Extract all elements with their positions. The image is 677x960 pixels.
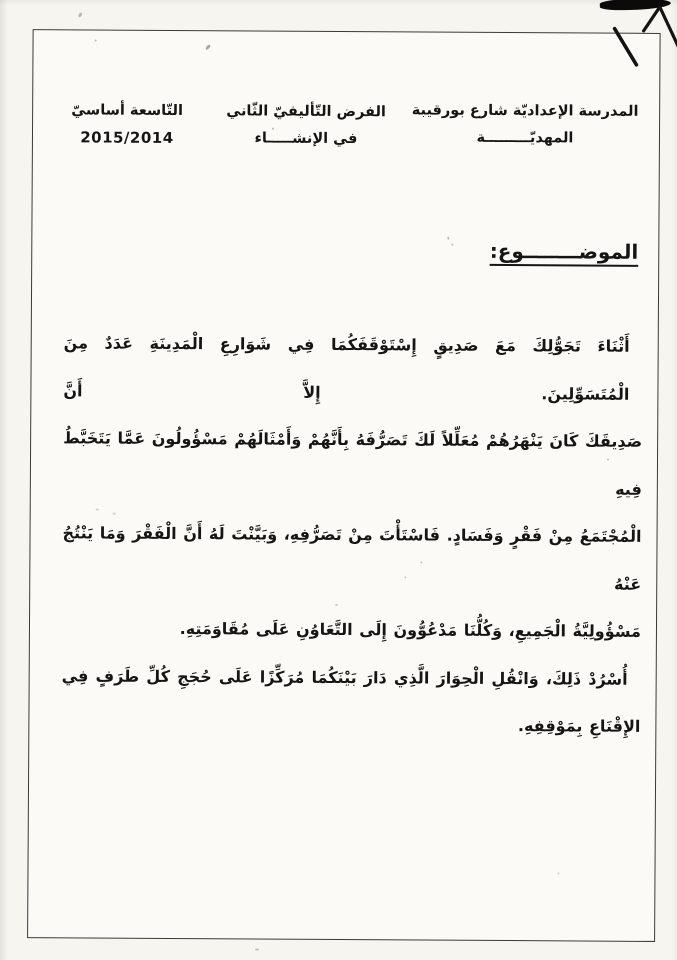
scan-speck xyxy=(272,128,274,130)
subject-heading-label: الموضــــــــوع: xyxy=(490,239,639,264)
scan-speck xyxy=(404,576,406,578)
prompt-paragraph1-line1: أَثْنَاءَ تَجَوُّلِكَ مَعَ صَدِيقٍ إِسْت… xyxy=(63,319,643,418)
exam-title-line2: في الإنشـــــاء xyxy=(222,125,390,153)
instruction-line1: أُسْرُدْ ذَلِكَ، وَانْقُلِ الْحِوَارَ ال… xyxy=(62,652,641,703)
ink-smudge xyxy=(600,0,671,11)
prompt-paragraph1-line2: صَدِيقَكَ كَانَ يَنْهَرُهُمْ مُعَلِّلاً … xyxy=(63,414,643,513)
scanned-page: المدرسة الإعداديّة شارع بورقيبة المهديّـ… xyxy=(0,0,677,960)
scanned-exam-document: { "document": { "header": { "school": { … xyxy=(0,0,677,960)
instruction-line2: الإِقْنَاعِ بِمَوْقِفِهِ. xyxy=(61,699,640,750)
scan-speck xyxy=(447,237,449,240)
exam-title-block: الفرض التّأليفيّ الثّاني في الإنشـــــاء xyxy=(222,98,390,153)
scan-speck xyxy=(96,509,99,511)
subject-heading: الموضــــــــوع: xyxy=(490,239,639,264)
school-city: المهديّـــــــــة xyxy=(396,124,654,153)
scan-speck xyxy=(255,948,259,950)
scan-speck xyxy=(607,459,609,461)
grade-level: التّاسعة أساسيّ xyxy=(64,97,190,125)
school-name-block: المدرسة الإعداديّة شارع بورقيبة المهديّـ… xyxy=(396,97,654,153)
exam-title-line1: الفرض التّأليفيّ الثّاني xyxy=(222,98,390,126)
scan-speck xyxy=(335,604,338,606)
scan-speck xyxy=(557,872,559,874)
prompt-paragraph1-line4: مَسْؤُولِيَّةُ الْجَمِيعِ، وَكُلُّنَا مَ… xyxy=(62,604,641,655)
scan-speck xyxy=(451,244,453,246)
scan-speck xyxy=(95,40,97,42)
school-name-line1: المدرسة الإعداديّة شارع بورقيبة xyxy=(396,97,654,126)
essay-prompt: أَثْنَاءَ تَجَوُّلِكَ مَعَ صَدِيقٍ إِسْت… xyxy=(61,319,643,750)
scan-speck xyxy=(78,12,83,18)
scan-speck xyxy=(113,513,116,515)
school-year: 2015/2014 xyxy=(64,124,190,152)
scan-speck xyxy=(420,562,422,564)
grade-year-block: التّاسعة أساسيّ 2015/2014 xyxy=(64,97,190,152)
prompt-paragraph1-line3: الْمُجْتَمَعُ مِنْ فَقْرٍ وَفَسَادٍ. فَا… xyxy=(62,509,642,608)
